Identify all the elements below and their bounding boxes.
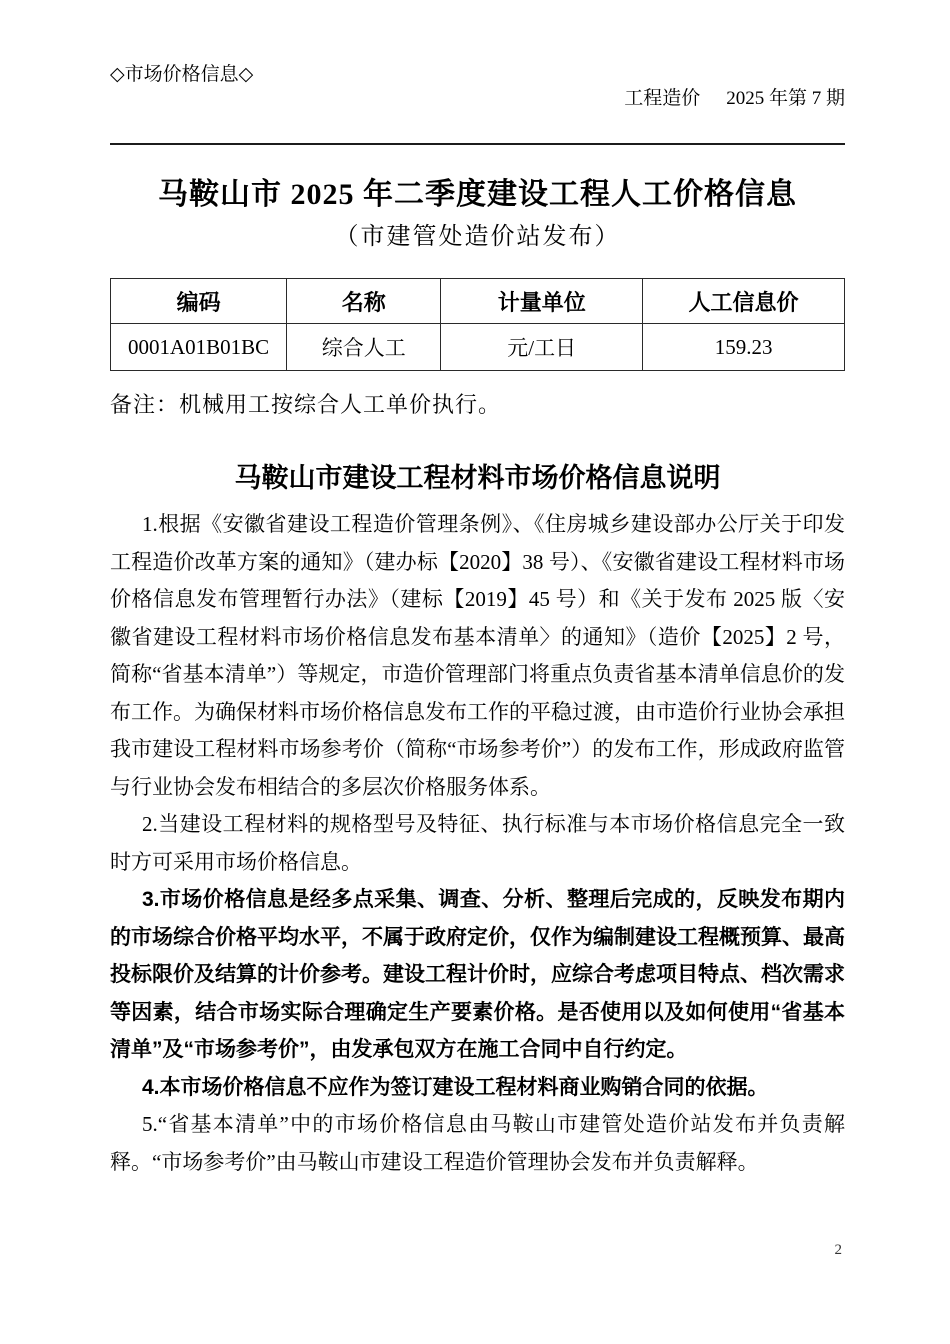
document-title: 马鞍山市 2025 年二季度建设工程人工价格信息 (110, 176, 845, 214)
table-cell-code: 0001A01B01BC (111, 324, 287, 371)
remark-note: 备注：机械用工按综合人工单价执行。 (110, 390, 845, 420)
document-subtitle: （市建管处造价站发布） (110, 221, 845, 253)
running-header: ◇市场价格信息◇ 工程造价2025 年第 7 期 (110, 0, 845, 135)
document-page: ◇市场价格信息◇ 工程造价2025 年第 7 期 马鞍山市 2025 年二季度建… (0, 0, 950, 1344)
table-cell-price: 159.23 (643, 324, 845, 371)
header-journal-issue: 工程造价2025 年第 7 期 (586, 63, 845, 135)
paragraph-1: 1.根据《安徽省建设工程造价管理条例》、《住房城乡建设部办公厅关于印发工程造价改… (110, 506, 845, 806)
section-title: 马鞍山市建设工程材料市场价格信息说明 (110, 460, 845, 496)
paragraph-5: 5.“省基本清单”中的市场价格信息由马鞍山市建管处造价站发布并负责解释。“市场参… (110, 1106, 845, 1181)
table-header-name: 名称 (287, 279, 441, 324)
table-cell-name: 综合人工 (287, 324, 441, 371)
table-header-unit: 计量单位 (441, 279, 643, 324)
header-rule (110, 143, 845, 145)
section-body: 1.根据《安徽省建设工程造价管理条例》、《住房城乡建设部办公厅关于印发工程造价改… (110, 506, 845, 1181)
paragraph-3: 3.市场价格信息是经多点采集、调查、分析、整理后完成的，反映发布期内的市场综合价… (110, 881, 845, 1069)
table-header-code: 编码 (111, 279, 287, 324)
table-header-row: 编码 名称 计量单位 人工信息价 (111, 279, 845, 324)
page-number: 2 (835, 1242, 843, 1259)
paragraph-2: 2.当建设工程材料的规格型号及特征、执行标准与本市场价格信息完全一致时方可采用市… (110, 806, 845, 881)
header-journal-label: 工程造价 (624, 88, 700, 109)
labor-price-table: 编码 名称 计量单位 人工信息价 0001A01B01BC 综合人工 元/工日 … (110, 278, 845, 371)
table-row: 0001A01B01BC 综合人工 元/工日 159.23 (111, 324, 845, 371)
header-section-label: ◇市场价格信息◇ (110, 63, 253, 87)
paragraph-4: 4.本市场价格信息不应作为签订建设工程材料商业购销合同的依据。 (110, 1069, 845, 1107)
header-issue-label: 2025 年第 7 期 (726, 88, 845, 109)
table-header-price: 人工信息价 (643, 279, 845, 324)
table-cell-unit: 元/工日 (441, 324, 643, 371)
